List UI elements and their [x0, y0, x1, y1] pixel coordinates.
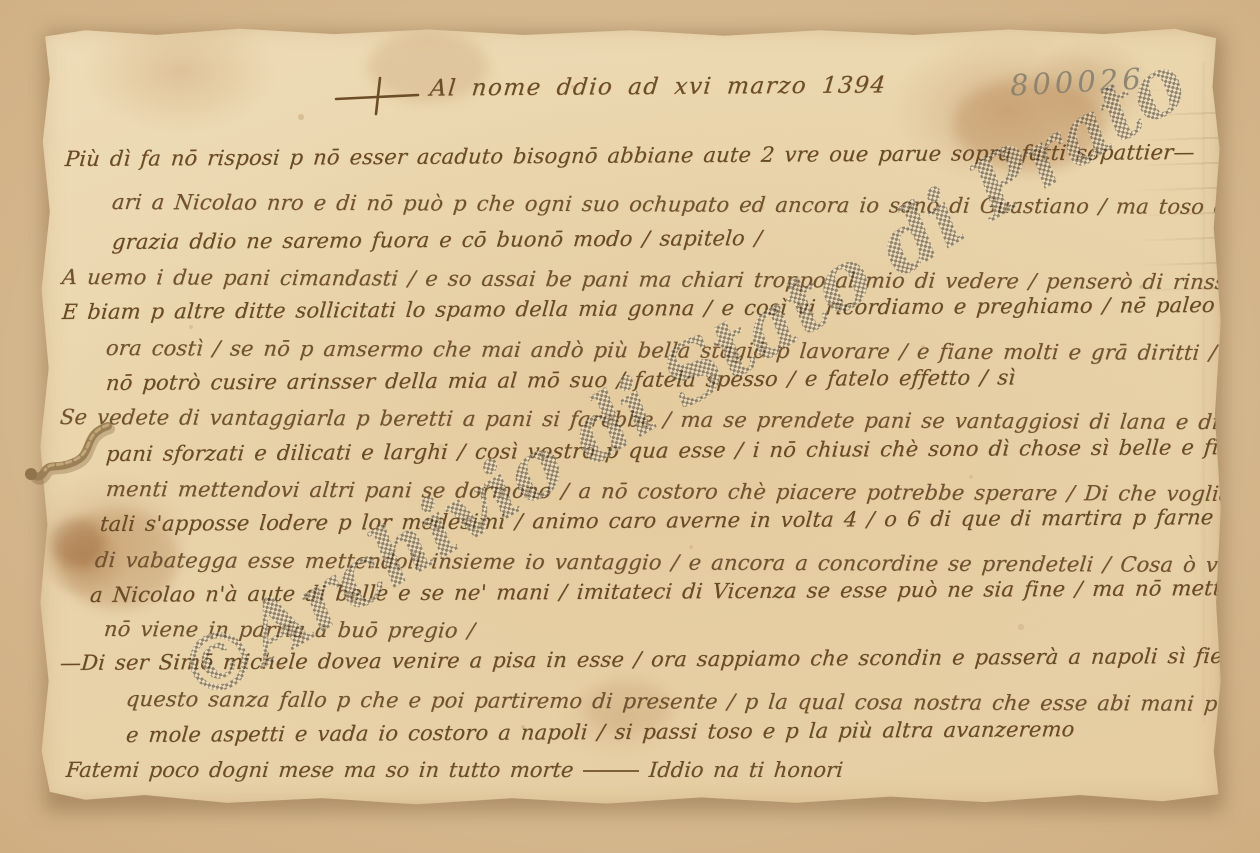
manuscript-paper: Al nome ddio ad xvi marzo 1394 800026 Pi…	[38, 24, 1222, 806]
manuscript-line: a Nicolao n'à aute di belle e se ne' man…	[89, 576, 1260, 607]
manuscript-line: menti mettendovi altri pani se dormono /…	[105, 478, 1260, 506]
manuscript-line: Fatemi poco dogni mese ma so in tutto mo…	[65, 759, 574, 782]
closing-line: Fatemi poco dogni mese ma so in tutto mo…	[66, 759, 843, 782]
manuscript-line: E biam p altre ditte sollicitati lo spam…	[61, 293, 1260, 324]
binding-thread	[8, 392, 138, 512]
manuscript-line: questo sanza fallo p che e poi partiremo…	[125, 688, 1260, 716]
manuscript-line: Se vedete di vantaggiarla p beretti a pa…	[59, 406, 1260, 434]
foxing-specks	[38, 24, 40, 26]
manuscript-line: e mole aspetti e vada io costoro a napol…	[125, 718, 1075, 747]
manuscript-line: di vabategga esse mettendoli insieme io …	[94, 549, 1260, 577]
manuscript-line: —Di ser Simō michele dovea venire a pisa…	[59, 644, 1260, 675]
signature: Iddio na ti honori	[648, 759, 844, 782]
edge-crease	[1203, 62, 1206, 722]
manuscript-line: grazia ddio ne saremo fuora e cō buonō m…	[111, 227, 763, 254]
page-background: { "colors": { "matte": "#d6b88e", "paper…	[0, 0, 1260, 853]
manuscript-line: tali s'apposse lodere p lor medesimi / a…	[99, 506, 1260, 537]
archive-number: 800026	[1009, 64, 1145, 100]
manuscript-line: ora costì / se nō p amsermo che mai andò…	[105, 337, 1260, 365]
manuscript-line: pani sforzati e dilicati e larghi / così…	[105, 436, 1260, 466]
manuscript-line: nō viene in parria a buō pregio /	[103, 618, 476, 643]
dateline: Al nome ddio ad xvi marzo 1394	[429, 74, 888, 100]
manuscript-line: nō potrò cusire arinsser della mia al mō…	[105, 366, 1016, 395]
signature-dash	[583, 770, 639, 772]
manuscript-line: ari a Nicolao nro e di nō può p che ogni…	[111, 191, 1260, 219]
manuscript-line: A uemo i due pani cimandasti / e so assa…	[61, 266, 1260, 294]
